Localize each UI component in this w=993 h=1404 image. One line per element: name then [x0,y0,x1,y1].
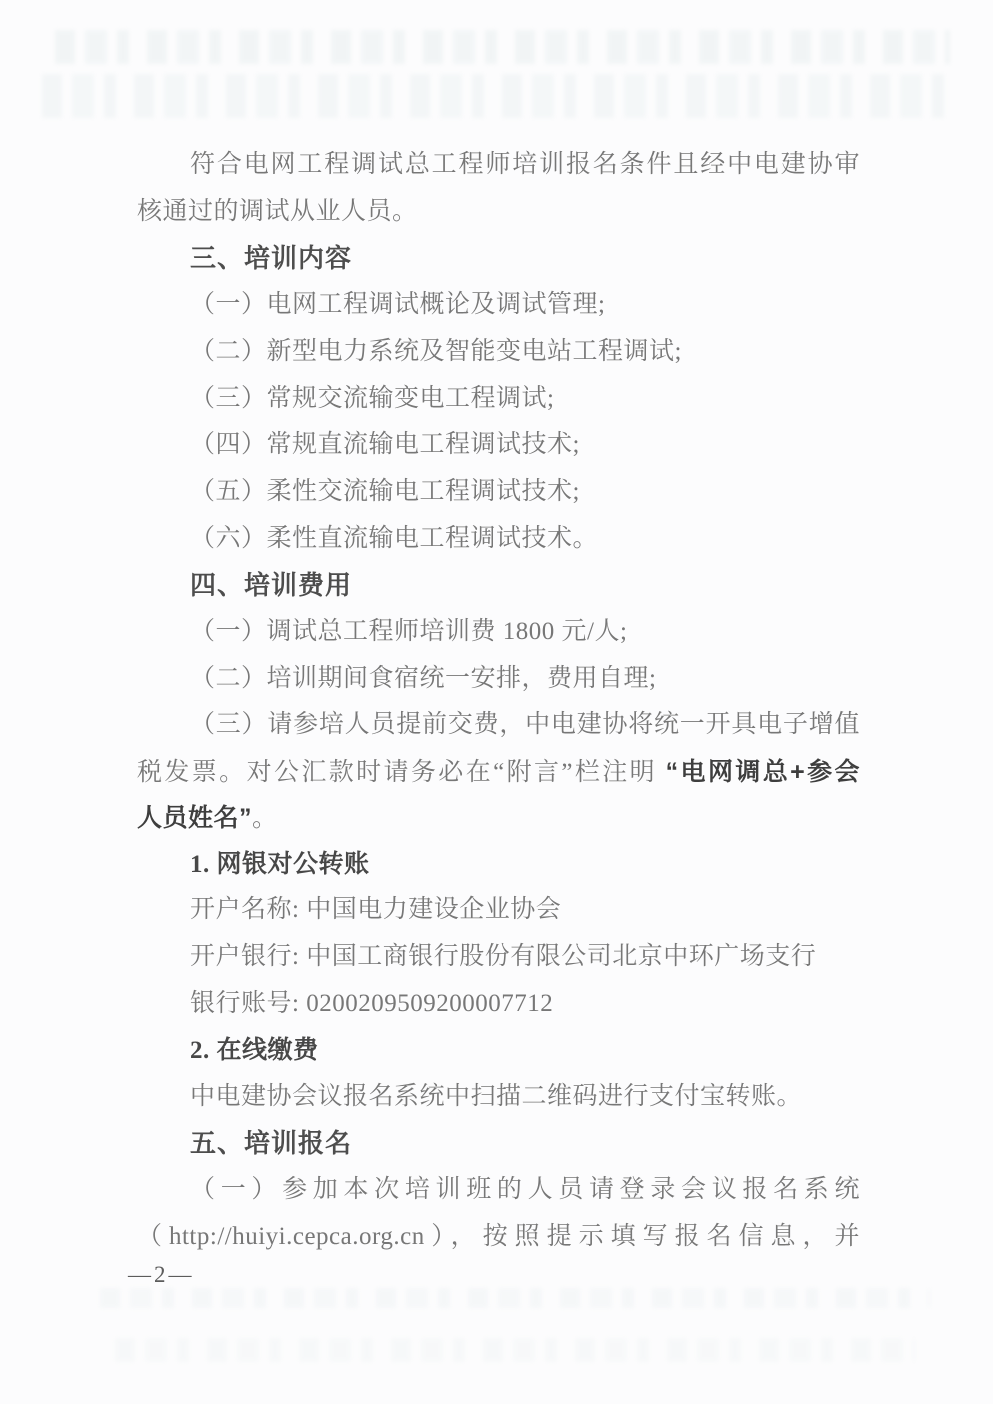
signup-item-1-line-1: （一）参加本次培训班的人员请登录会议报名系统 [137,1172,860,1208]
fee-item-3-line-3-bold: 人员姓名” [137,804,252,832]
payment-method-2-heading: 2. 在线缴费 [137,1033,860,1069]
list-item-content-5: （五）柔性交流输电工程调试技术; [137,474,860,510]
fee-item-3-line-2-bold: “电网调总+参会 [666,758,860,786]
list-item-content-3: （三）常规交流输变电工程调试; [137,381,860,417]
fee-item-3-line-3-normal: 。 [252,805,278,832]
section-heading-training-content: 三、培训内容 [137,240,860,276]
bank-account-name: 开户名称: 中国电力建设企业协会 [137,892,860,928]
list-item-content-1: （一）电网工程调试概论及调试管理; [137,287,860,323]
fee-item-3-line-1: （三）请参培人员提前交费，中电建协将统一开具电子增值 [137,707,860,743]
payment-method-1-heading: 1. 网银对公转账 [137,847,860,883]
fee-item-3-line-2-normal: 税发票。对公汇款时请务必在“附言”栏注明 [137,759,666,786]
bleed-through-artifact-bottom-2 [115,1338,915,1362]
fee-item-1: （一）调试总工程师培训费 1800 元/人; [137,614,860,650]
page-number: —2— [128,1262,195,1288]
scanned-document-page: 符合电网工程调试总工程师培训报名条件且经中电建协审 核通过的调试从业人员。 三、… [0,0,993,1404]
bleed-through-artifact-top-1 [55,30,950,64]
list-item-content-4: （四）常规直流输电工程调试技术; [137,427,860,463]
section-heading-training-fee: 四、培训费用 [137,567,860,603]
fee-item-2: （二）培训期间食宿统一安排，费用自理; [137,661,860,697]
bank-account-number: 银行账号: 0200209509200007712 [137,986,860,1022]
list-item-content-2: （二）新型电力系统及智能变电站工程调试; [137,334,860,370]
bank-name: 开户银行: 中国工商银行股份有限公司北京中环广场支行 [137,939,860,975]
payment-method-2-text: 中电建协会议报名系统中扫描二维码进行支付宝转账。 [137,1079,860,1115]
intro-paragraph-line-1: 符合电网工程调试总工程师培训报名条件且经中电建协审 [137,147,860,183]
fee-item-3-line-2: 税发票。对公汇款时请务必在“附言”栏注明 “电网调总+参会 [137,754,860,790]
intro-paragraph-line-2: 核通过的调试从业人员。 [137,194,860,230]
signup-item-1-line-2: （http://huiyi.cepca.org.cn），按照提示填写报名信息，并 [137,1219,860,1255]
bleed-through-artifact-top-2 [42,74,952,118]
bleed-through-artifact-bottom-1 [100,1288,930,1308]
list-item-content-6: （六）柔性直流输电工程调试技术。 [137,521,860,557]
fee-item-3-line-3: 人员姓名”。 [137,800,860,836]
section-heading-training-signup: 五、培训报名 [137,1125,860,1161]
